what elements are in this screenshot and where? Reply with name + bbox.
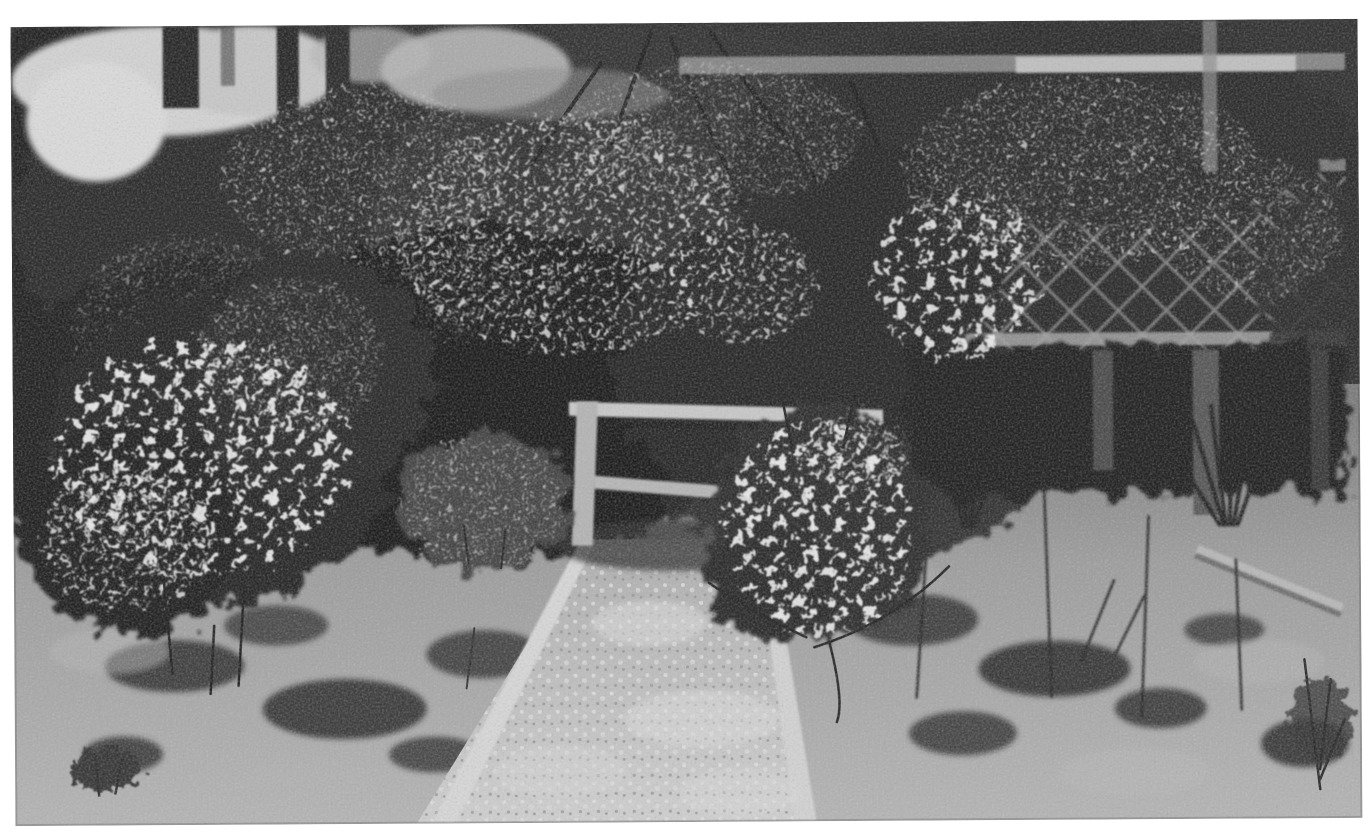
book-page: Black-and-white photograph of a garden: … — [0, 0, 1372, 832]
garden-photograph: Black-and-white photograph of a garden: … — [11, 19, 1363, 826]
halftone-grain — [11, 19, 1363, 826]
